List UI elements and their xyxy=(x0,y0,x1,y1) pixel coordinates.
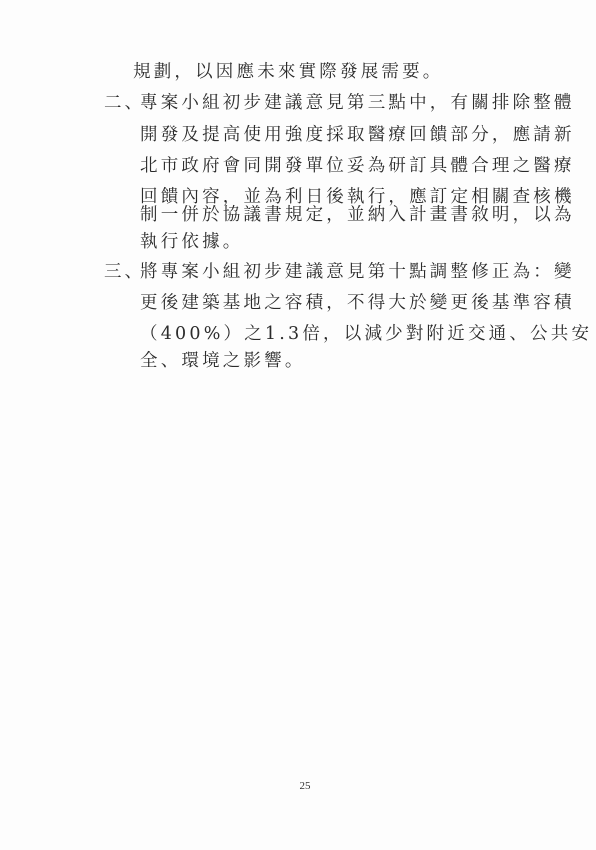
item-line: 執行依據。 xyxy=(140,231,244,253)
item-line: 將專案小組初步建議意見第十點調整修正為：變 xyxy=(140,261,575,283)
item-line: 北市政府會同開發單位妥為研訂具體合理之醫療 xyxy=(140,155,575,177)
item-line: 更後建築基地之容積，不得大於變更後基準容積 xyxy=(140,292,575,314)
page-number: 25 xyxy=(0,780,596,792)
continuation-line: 規劃，以因應未來實際發展需要。 xyxy=(133,61,444,83)
item-marker: 三、 xyxy=(104,261,145,283)
item-line: 開發及提高使用強度採取醫療回饋部分，應請新 xyxy=(140,124,575,146)
item-line: 制一併於協議書規定，並納入計畫書敘明，以為 xyxy=(140,204,575,226)
item-line: 全、環境之影響。 xyxy=(140,350,306,372)
item-line: （400%）之1.3倍，以減少對附近交通、公共安 xyxy=(140,323,592,345)
document-page: 規劃，以因應未來實際發展需要。 二、 專案小組初步建議意見第三點中，有關排除整體… xyxy=(0,0,596,850)
item-line: 專案小組初步建議意見第三點中，有關排除整體 xyxy=(140,92,575,114)
item-marker: 二、 xyxy=(104,92,145,114)
